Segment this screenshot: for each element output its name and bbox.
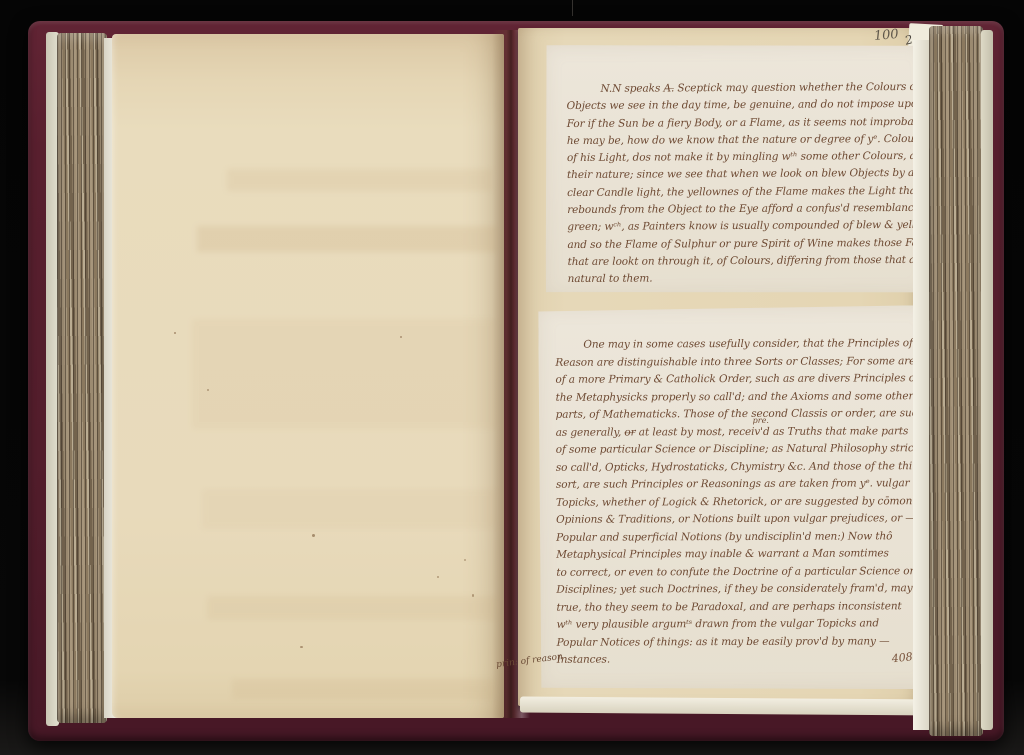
manuscript-line: he may be, how do we know that the natur…	[567, 131, 920, 150]
foxing-spot	[437, 576, 439, 578]
manuscript-line: Popular Notices of things: as it may be …	[557, 633, 926, 652]
manuscript-line: of his Light, dos not make it by minglin…	[567, 148, 920, 167]
manuscript-line: as generally, o̶r̶ at least by most, rec…	[556, 423, 925, 442]
loose-thread	[572, 0, 573, 16]
manuscript-line: Popular and superficial Notions (by undi…	[556, 528, 925, 547]
manuscript-line: to correct, or even to confute the Doctr…	[556, 563, 925, 582]
folio-number: 100	[873, 27, 899, 44]
manuscript-text-lower: One may in some cases usefully consider,…	[555, 335, 925, 669]
foxing-spot	[207, 389, 209, 391]
show-through-band	[192, 319, 497, 429]
photo-background: 100 2 N.N speaks A̶.̶ Sceptick may quest…	[0, 0, 1024, 755]
manuscript-line: their nature; since we see that when we …	[567, 165, 920, 184]
foxing-spot	[400, 336, 402, 338]
manuscript-text-upper: N.N speaks A̶.̶ Sceptick may question wh…	[566, 79, 920, 289]
foxing-spot	[174, 332, 176, 334]
show-through-band	[227, 169, 492, 191]
manuscript-line: Instances.	[557, 650, 926, 669]
manuscript-line: For if the Sun be a fiery Body, or a Fla…	[567, 113, 920, 132]
manuscript-line: clear Candle light, the yellownes of the…	[567, 183, 920, 202]
manuscript-line: of a more Primary & Catholick Order, suc…	[555, 370, 924, 389]
manuscript-line: of some particular Science or Discipline…	[556, 440, 925, 459]
foxing-spot	[472, 594, 474, 597]
manuscript-line: rebounds from the Object to the Eye affo…	[567, 200, 920, 219]
manuscript-line: green; wᶜʰ, as Painters know is usually …	[567, 217, 920, 236]
manuscript-line: natural to them.	[568, 269, 921, 288]
page-edges-right	[929, 26, 983, 736]
show-through-band	[197, 226, 497, 252]
left-blank-page	[112, 34, 504, 718]
foxing-spot	[464, 559, 466, 561]
manuscript-line: Reason are distinguishable into three So…	[555, 353, 924, 372]
manuscript-line: parts, of Mathematicks. Those of the sec…	[556, 405, 925, 424]
show-through-band	[207, 596, 497, 620]
endpaper-right	[981, 30, 993, 730]
manuscript-line: wᵗʰ very plausible argumᵗˢ drawn from th…	[557, 615, 926, 634]
manuscript-line: N.N speaks A̶.̶ Sceptick may question wh…	[566, 79, 919, 98]
foxing-spot	[312, 534, 315, 537]
manuscript-line: true, tho they seem to be Paradoxal, and…	[556, 598, 925, 617]
page-edges-left	[57, 33, 107, 723]
show-through-band	[202, 489, 497, 529]
manuscript-line: Objects we see in the day time, be genui…	[567, 96, 920, 115]
foxing-spot	[300, 646, 303, 648]
manuscript-sheet-upper: N.N speaks A̶.̶ Sceptick may question wh…	[544, 43, 929, 297]
manuscript-line: Disciplines; yet such Doctrines, if they…	[556, 580, 925, 599]
manuscript-line: sort, are such Principles or Reasonings …	[556, 475, 925, 494]
interlinear-insertion: pre.	[753, 416, 769, 425]
manuscript-line: Opinions & Traditions, or Notions built …	[556, 510, 925, 529]
manuscript-line: the Metaphysicks properly so call'd; and…	[556, 388, 925, 407]
manuscript-line: and so the Flame of Sulphur or pure Spir…	[567, 235, 920, 254]
manuscript-line: so call'd, Opticks, Hydrostaticks, Chymi…	[556, 458, 925, 477]
manuscript-line: Topicks, whether of Logick & Rhetorick, …	[556, 493, 925, 512]
leaf-edge-bottom	[520, 697, 938, 716]
sheet-corner-number: 408	[891, 650, 913, 665]
manuscript-line: Metaphysical Principles may inable & war…	[556, 545, 925, 564]
manuscript-line: One may in some cases usefully consider,…	[555, 335, 924, 354]
manuscript-line: that are lookt on through it, of Colours…	[568, 252, 921, 271]
show-through-band	[232, 679, 494, 699]
manuscript-sheet-lower: One may in some cases usefully consider,…	[538, 305, 932, 691]
